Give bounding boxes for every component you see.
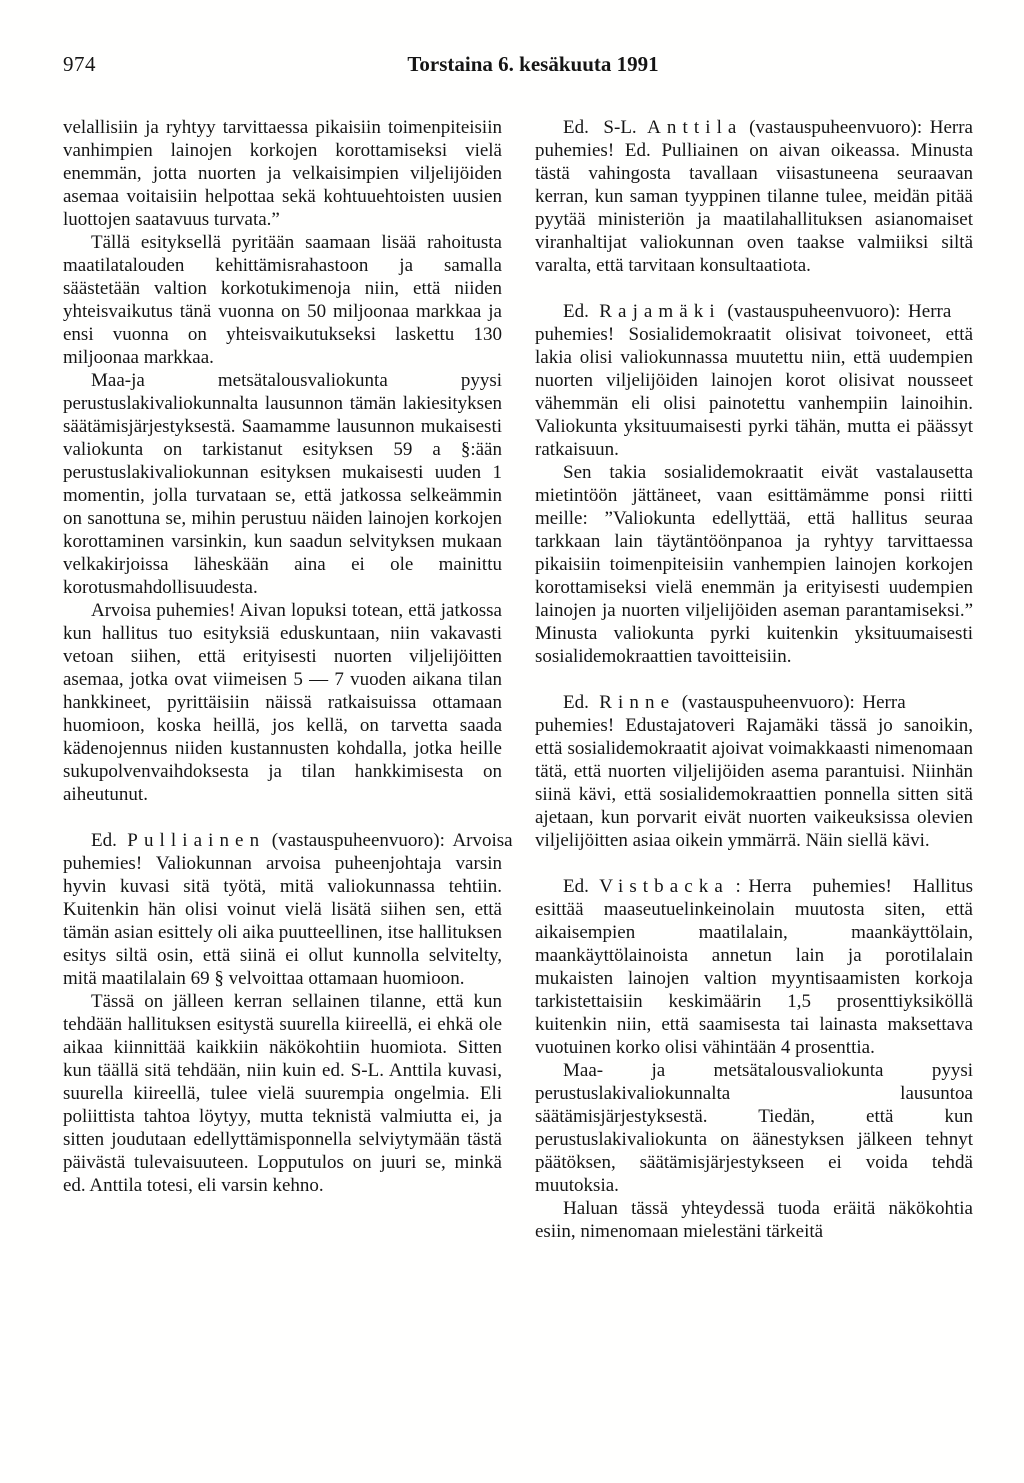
document-page: 974 Torstaina 6. kesäkuuta 1991 velallis… — [0, 0, 1024, 1483]
left-column: velallisiin ja ryhtyy tarvittaessa pikai… — [63, 116, 502, 1243]
speaker-name: Rinne — [599, 692, 675, 713]
paragraph-text: Haluan tässä yhteydessä tuoda eräitä näk… — [535, 1198, 973, 1242]
paragraph-text: Arvoisa puhemies! Valiokunnan arvoisa pu… — [63, 830, 513, 989]
speech-paragraph: Ed.Vistbacka:Herra puhemies! Hallitus es… — [535, 875, 973, 1059]
body-paragraph: Haluan tässä yhteydessä tuoda eräitä näk… — [535, 1197, 973, 1243]
body-paragraph: velallisiin ja ryhtyy tarvittaessa pikai… — [63, 116, 502, 231]
paragraph-text: Maa- ja metsätalousvaliokunta pyysi peru… — [535, 1060, 973, 1196]
body-paragraph: Maa- ja metsätalousvaliokunta pyysi peru… — [535, 1059, 973, 1197]
paragraph-text: Arvoisa puhemies! Aivan lopuksi totean, … — [63, 600, 502, 805]
speaker-prefix: Ed. — [563, 692, 589, 713]
speaker-prefix: Ed. — [91, 830, 117, 851]
speaker-suffix: (vastauspuheenvuoro): — [272, 830, 445, 851]
speaker-prefix: Ed. — [563, 301, 589, 322]
body-paragraph: Maa-ja metsätalousvaliokunta pyysi perus… — [63, 369, 502, 599]
speaker-name: Rajamäki — [599, 301, 720, 322]
paragraph-text: Tällä esityksellä pyritään saamaan lisää… — [63, 232, 502, 368]
text-columns: velallisiin ja ryhtyy tarvittaessa pikai… — [63, 116, 973, 1243]
speaker-name: Anttila — [647, 117, 742, 138]
speech-paragraph: Ed.Pulliainen(vastauspuheenvuoro):Arvois… — [63, 829, 502, 990]
right-column: Ed. S-L.Anttila(vastauspuheenvuoro):Herr… — [535, 116, 973, 1243]
paragraph-text: Herra puhemies! Sosialidemokraatit olisi… — [535, 301, 973, 460]
speech-paragraph: Ed. S-L.Anttila(vastauspuheenvuoro):Herr… — [535, 116, 973, 277]
paragraph-text: Herra puhemies! Edustajatoveri Rajamäki … — [535, 692, 973, 851]
speech-paragraph: Ed.Rajamäki(vastauspuheenvuoro):Herra pu… — [535, 300, 973, 461]
paragraph-text: Herra puhemies! Ed. Pulliainen on aivan … — [535, 117, 973, 276]
speaker-suffix: (vastauspuheenvuoro): — [749, 117, 922, 138]
body-paragraph: Arvoisa puhemies! Aivan lopuksi totean, … — [63, 599, 502, 806]
page-number: 974 — [63, 52, 96, 77]
body-paragraph: Sen takia sosialidemokraatit eivät vasta… — [535, 461, 973, 668]
header-title: Torstaina 6. kesäkuuta 1991 — [93, 52, 973, 77]
paragraph-text: Tässä on jälleen kerran sellainen tilann… — [63, 991, 502, 1196]
page-header: 974 Torstaina 6. kesäkuuta 1991 — [63, 52, 973, 80]
speaker-prefix: Ed. — [563, 876, 589, 897]
paragraph-text: Sen takia sosialidemokraatit eivät vasta… — [535, 462, 973, 667]
speaker-prefix: Ed. S-L. — [563, 117, 637, 138]
speaker-suffix: (vastauspuheenvuoro): — [727, 301, 900, 322]
speaker-name: Pulliainen — [127, 830, 265, 851]
paragraph-text: Herra puhemies! Hallitus esittää maaseut… — [535, 876, 973, 1058]
paragraph-text: Maa-ja metsätalousvaliokunta pyysi perus… — [63, 370, 502, 598]
body-paragraph: Tällä esityksellä pyritään saamaan lisää… — [63, 231, 502, 369]
body-paragraph: Tässä on jälleen kerran sellainen tilann… — [63, 990, 502, 1197]
page-content: 974 Torstaina 6. kesäkuuta 1991 velallis… — [0, 0, 1024, 1243]
speaker-name: Vistbacka — [599, 876, 729, 897]
speaker-suffix: : — [736, 876, 741, 897]
speaker-suffix: (vastauspuheenvuoro): — [682, 692, 855, 713]
paragraph-text: velallisiin ja ryhtyy tarvittaessa pikai… — [63, 117, 502, 230]
speech-paragraph: Ed.Rinne(vastauspuheenvuoro):Herra puhem… — [535, 691, 973, 852]
